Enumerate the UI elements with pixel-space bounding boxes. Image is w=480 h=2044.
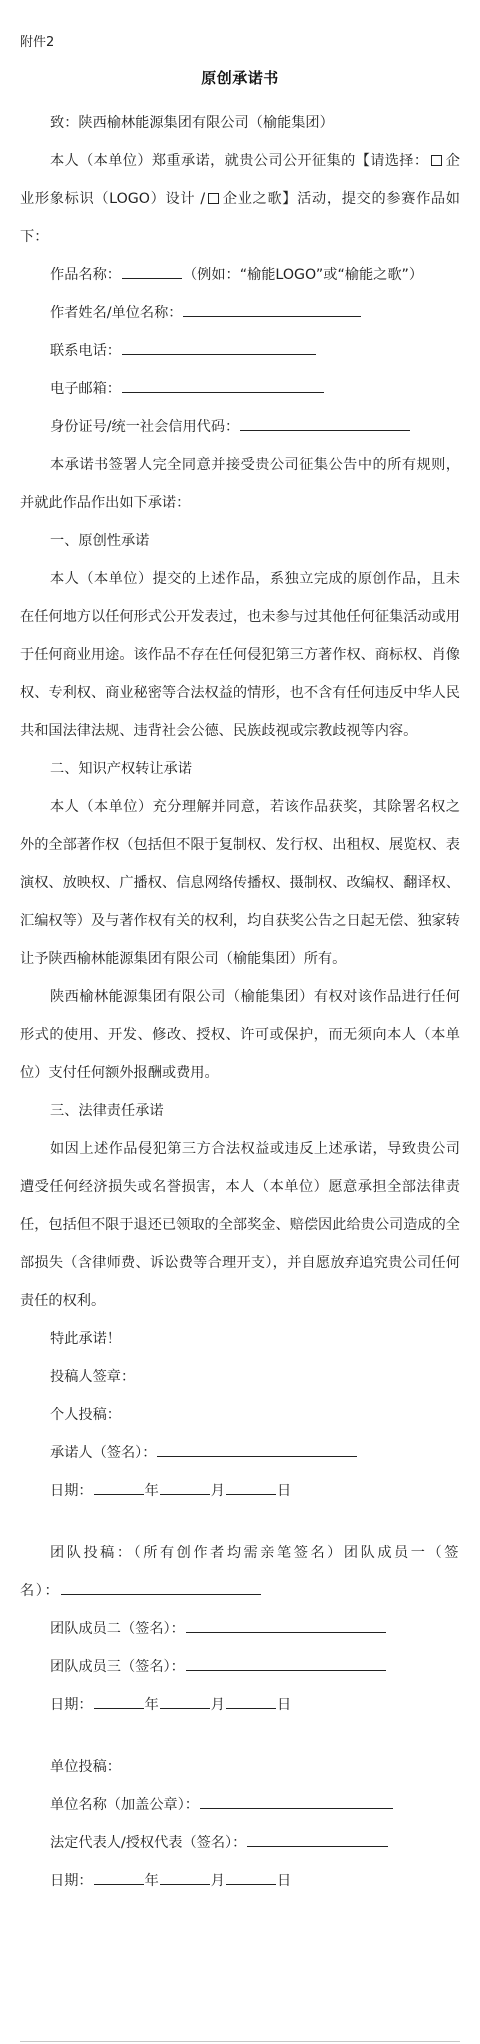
- field-label: 团队成员二（签名）：: [50, 1621, 185, 1637]
- team-member-1-signature-input[interactable]: [61, 1579, 261, 1595]
- individual-heading: 个人投稿：: [20, 1396, 460, 1434]
- year-input[interactable]: [94, 1869, 144, 1885]
- document-title: 原创承诺书: [20, 68, 460, 88]
- field-label: 电子邮箱：: [50, 381, 121, 397]
- unit-name-field: 单位名称（加盖公章）：: [20, 1786, 460, 1824]
- year-label: 年: [145, 1483, 159, 1499]
- field-label: 单位名称（加盖公章）：: [50, 1797, 199, 1813]
- addressee: 致：陕西榆林能源集团有限公司（榆能集团）: [20, 104, 460, 142]
- month-input[interactable]: [160, 1479, 210, 1495]
- intro-paragraph: 本人（本单位）郑重承诺，就贵公司公开征集的【请选择：企业形象标识（LOGO）设计…: [20, 142, 460, 256]
- day-label: 日: [277, 1873, 291, 1889]
- year-input[interactable]: [94, 1693, 144, 1709]
- month-label: 月: [211, 1697, 225, 1713]
- unit-name-seal-input[interactable]: [200, 1793, 393, 1809]
- team-intro-field: 团队投稿：（所有创作者均需亲笔签名）团队成员一（签名）：: [20, 1534, 460, 1610]
- field-label: 身份证号/统一社会信用代码：: [50, 419, 239, 435]
- unit-heading: 单位投稿：: [20, 1748, 460, 1786]
- section-heading-liability: 三、法律责任承诺: [20, 1092, 460, 1130]
- field-label: 作品名称：: [50, 267, 121, 283]
- team-member-3-signature-input[interactable]: [186, 1655, 386, 1671]
- document-body: 致：陕西榆林能源集团有限公司（榆能集团） 本人（本单位）郑重承诺，就贵公司公开征…: [20, 104, 460, 1900]
- author-name-field: 作者姓名/单位名称：: [20, 294, 460, 332]
- month-label: 月: [211, 1873, 225, 1889]
- intro-text: 本人（本单位）郑重承诺，就贵公司公开征集的【请选择：: [50, 153, 428, 169]
- legal-rep-field: 法定代表人/授权代表（签名）：: [20, 1824, 460, 1862]
- day-label: 日: [277, 1483, 291, 1499]
- spacer: [20, 1724, 460, 1748]
- section-heading-originality: 一、原创性承诺: [20, 522, 460, 560]
- team-member-2-field: 团队成员二（签名）：: [20, 1610, 460, 1648]
- year-label: 年: [145, 1873, 159, 1889]
- signature-heading: 投稿人签章：: [20, 1358, 460, 1396]
- date-label: 日期：: [50, 1697, 93, 1713]
- year-input[interactable]: [94, 1479, 144, 1495]
- spacer: [20, 1510, 460, 1534]
- logo-option-checkbox[interactable]: [431, 155, 442, 166]
- work-title-field: 作品名称：（例如：“榆能LOGO”或“榆能之歌”）: [20, 256, 460, 294]
- song-option-checkbox[interactable]: [208, 193, 219, 204]
- day-input[interactable]: [226, 1693, 276, 1709]
- ip-transfer-paragraph-1: 本人（本单位）充分理解并同意，若该作品获奖，其除署名权之外的全部著作权（包括但不…: [20, 788, 460, 978]
- originality-paragraph: 本人（本单位）提交的上述作品，系独立完成的原创作品，且未在任何地方以任何形式公开…: [20, 560, 460, 750]
- page-divider: [20, 2041, 460, 2042]
- attachment-label: 附件2: [20, 34, 54, 52]
- month-label: 月: [211, 1483, 225, 1499]
- field-label: 团队成员三（签名）：: [50, 1659, 185, 1675]
- id-number-input[interactable]: [240, 415, 410, 431]
- field-label: 承诺人（签名）：: [50, 1445, 156, 1461]
- date-label: 日期：: [50, 1873, 93, 1889]
- preamble: 本承诺书签署人完全同意并接受贵公司征集公告中的所有规则，并就此作品作出如下承诺：: [20, 446, 460, 522]
- email-field: 电子邮箱：: [20, 370, 460, 408]
- team-member-2-signature-input[interactable]: [186, 1617, 386, 1633]
- individual-signature-input[interactable]: [157, 1441, 357, 1457]
- day-input[interactable]: [226, 1479, 276, 1495]
- closing-statement: 特此承诺！: [20, 1320, 460, 1358]
- email-input[interactable]: [122, 377, 324, 393]
- field-label: 联系电话：: [50, 343, 121, 359]
- team-member-3-field: 团队成员三（签名）：: [20, 1648, 460, 1686]
- individual-date-field: 日期：年月日: [20, 1472, 460, 1510]
- id-number-field: 身份证号/统一社会信用代码：: [20, 408, 460, 446]
- work-title-input[interactable]: [122, 263, 182, 279]
- day-label: 日: [277, 1697, 291, 1713]
- phone-field: 联系电话：: [20, 332, 460, 370]
- field-label: 作者姓名/单位名称：: [50, 305, 182, 321]
- section-heading-ip-transfer: 二、知识产权转让承诺: [20, 750, 460, 788]
- field-label: 法定代表人/授权代表（签名）：: [50, 1835, 246, 1851]
- unit-date-field: 日期：年月日: [20, 1862, 460, 1900]
- phone-input[interactable]: [122, 339, 316, 355]
- liability-paragraph: 如因上述作品侵犯第三方合法权益或违反上述承诺，导致贵公司遭受任何经济损失或名誉损…: [20, 1130, 460, 1320]
- date-label: 日期：: [50, 1483, 93, 1499]
- individual-signer-field: 承诺人（签名）：: [20, 1434, 460, 1472]
- legal-rep-signature-input[interactable]: [247, 1831, 388, 1847]
- field-hint: （例如：“榆能LOGO”或“榆能之歌”）: [183, 267, 423, 283]
- day-input[interactable]: [226, 1869, 276, 1885]
- month-input[interactable]: [160, 1869, 210, 1885]
- ip-transfer-paragraph-2: 陕西榆林能源集团有限公司（榆能集团）有权对该作品进行任何形式的使用、开发、修改、…: [20, 978, 460, 1092]
- month-input[interactable]: [160, 1693, 210, 1709]
- year-label: 年: [145, 1697, 159, 1713]
- team-date-field: 日期：年月日: [20, 1686, 460, 1724]
- author-name-input[interactable]: [183, 301, 361, 317]
